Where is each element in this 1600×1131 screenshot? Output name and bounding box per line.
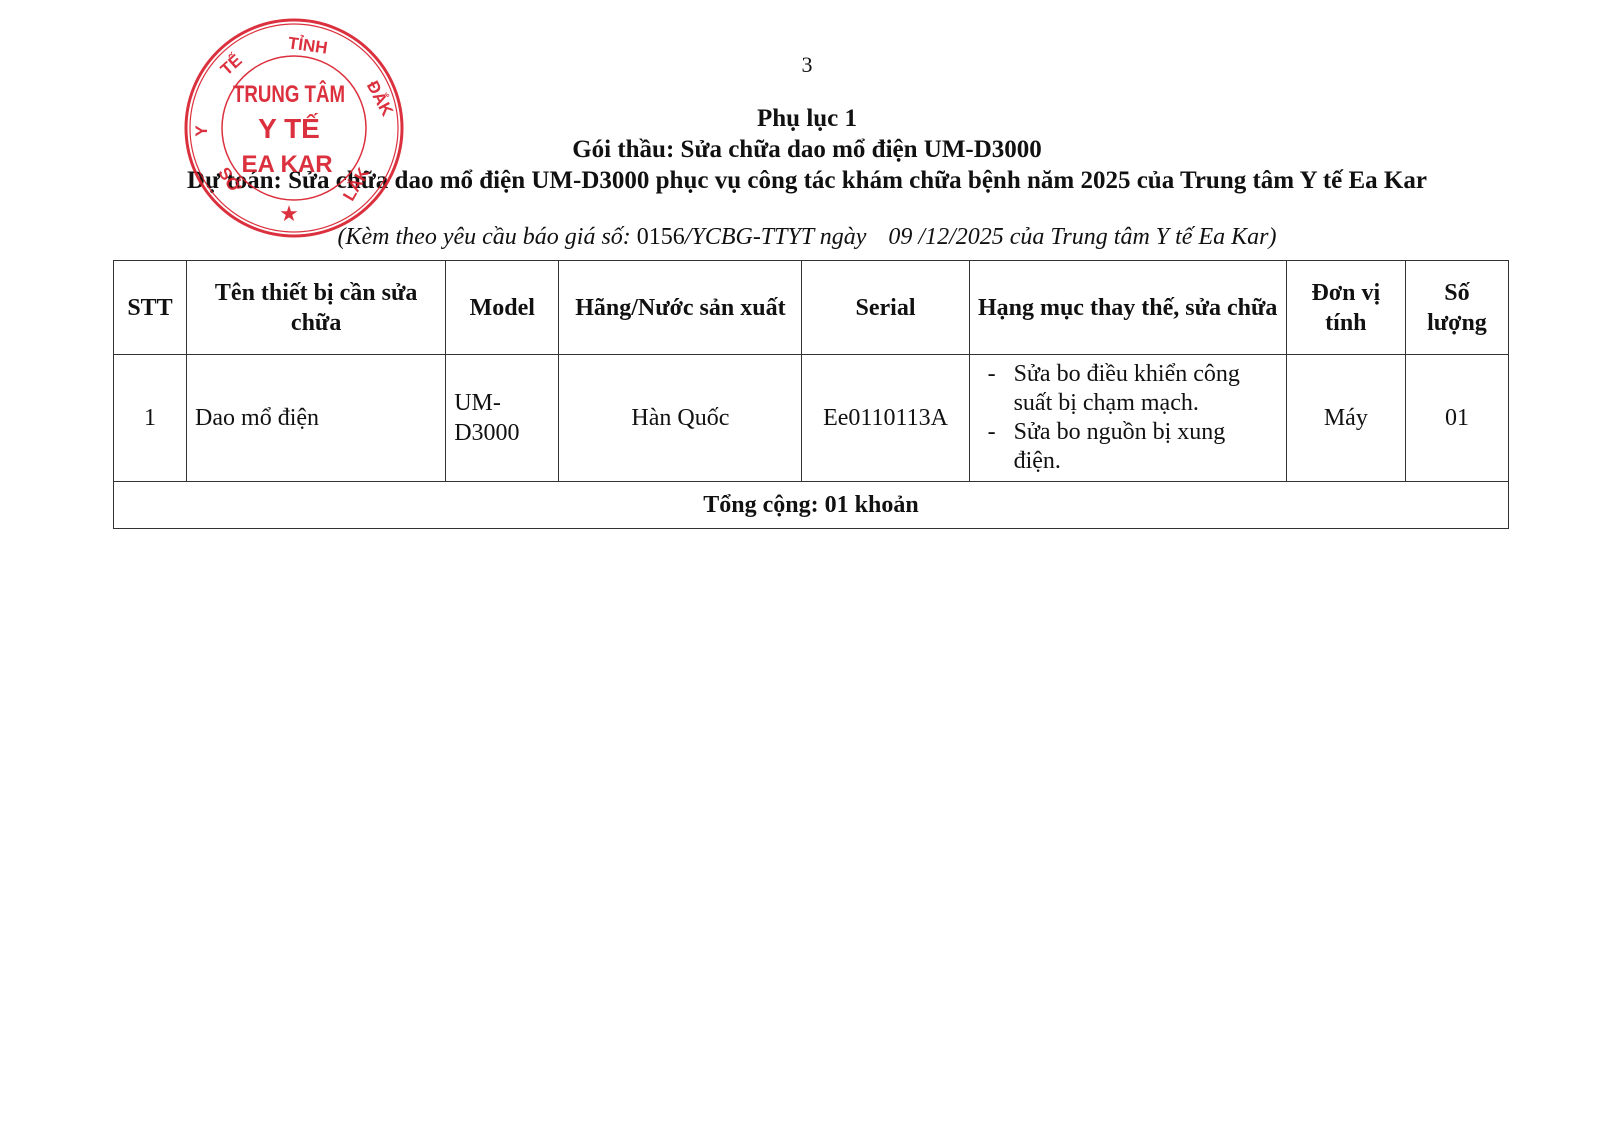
table-header-row: STT Tên thiết bị cần sửa chữa Model Hãng…: [114, 261, 1509, 355]
repair-list: Sửa bo điều khiển công suất bị chạm mạch…: [978, 360, 1278, 476]
col-device-name: Tên thiết bị cần sửa chữa: [187, 261, 446, 355]
appendix-title: Phụ lục 1: [0, 103, 1600, 134]
col-unit: Đơn vị tính: [1286, 261, 1405, 355]
cell-quantity: 01: [1405, 355, 1508, 482]
cell-model: UM-D3000: [446, 355, 559, 482]
package-title: Gói thầu: Sửa chữa dao mổ điện UM-D3000: [0, 134, 1600, 165]
cell-stt: 1: [114, 355, 187, 482]
title-block: Phụ lục 1 Gói thầu: Sửa chữa dao mổ điện…: [0, 103, 1600, 196]
table-row: 1 Dao mổ điện UM-D3000 Hàn Quốc Ee011011…: [114, 355, 1509, 482]
cell-repair-items: Sửa bo điều khiển công suất bị chạm mạch…: [969, 355, 1286, 482]
subtitle-prefix: (Kèm theo yêu cầu báo giá số:: [338, 224, 637, 250]
cell-device-name: Dao mổ điện: [187, 355, 446, 482]
col-stt: STT: [114, 261, 187, 355]
cell-unit: Máy: [1286, 355, 1405, 482]
quote-day: 09: [888, 224, 912, 250]
subtitle-mid: /YCBG-TTYT ngày: [685, 224, 867, 250]
col-manufacturer: Hãng/Nước sản xuất: [559, 261, 802, 355]
cell-manufacturer: Hàn Quốc: [559, 355, 802, 482]
col-serial: Serial: [802, 261, 969, 355]
quote-number: 0156: [637, 224, 685, 250]
total-row: Tổng cộng: 01 khoản: [114, 482, 1509, 529]
col-repair-items: Hạng mục thay thế, sửa chữa: [969, 261, 1286, 355]
cell-serial: Ee0110113A: [802, 355, 969, 482]
subtitle-suffix: /12/2025 của Trung tâm Y tế Ea Kar): [918, 224, 1276, 250]
repair-item: Sửa bo nguồn bị xung điện.: [978, 418, 1278, 476]
total-label: Tổng cộng: 01 khoản: [114, 482, 1509, 529]
estimate-title: Dự toán: Sửa chữa dao mổ điện UM-D3000 p…: [0, 165, 1600, 196]
repair-table: STT Tên thiết bị cần sửa chữa Model Hãng…: [113, 260, 1509, 529]
col-model: Model: [446, 261, 559, 355]
page-number: 3: [0, 52, 1600, 78]
subtitle: (Kèm theo yêu cầu báo giá số: 0156/YCBG-…: [0, 222, 1600, 252]
col-quantity: Số lượng: [1405, 261, 1508, 355]
repair-item: Sửa bo điều khiển công suất bị chạm mạch…: [978, 360, 1278, 418]
